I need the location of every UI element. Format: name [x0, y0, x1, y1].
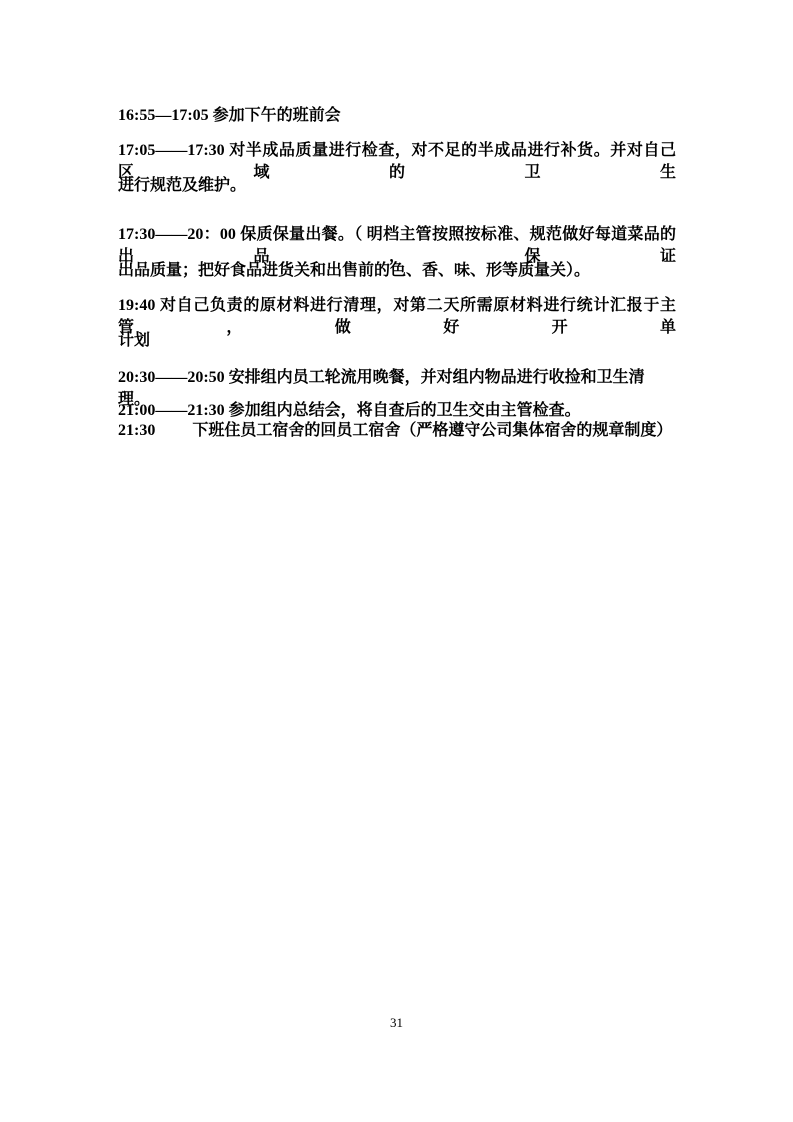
tab-spacer: [155, 434, 192, 435]
page-number: 31: [0, 1015, 793, 1031]
schedule-line-9: 21:00——21:30 参加组内总结会，将自查后的卫生交由主管检查。: [118, 400, 676, 422]
schedule-line-3: 进行规范及维护。: [118, 175, 676, 197]
schedule-line-10-time: 21:30: [118, 422, 155, 439]
schedule-line-7: 计划: [118, 330, 676, 352]
schedule-line-5: 出品质量；把好食品进货关和出售前的色、香、味、形等质量关）。: [118, 260, 676, 282]
schedule-line-1: 16:55—17:05 参加下午的班前会: [118, 105, 676, 127]
document-page: 16:55—17:05 参加下午的班前会 17:05——17:30 对半成品质量…: [0, 0, 793, 1122]
schedule-line-10: 21:30下班住员工宿舍的回员工宿舍（严格遵守公司集体宿舍的规章制度）: [118, 420, 676, 442]
schedule-line-10-text: 下班住员工宿舍的回员工宿舍（严格遵守公司集体宿舍的规章制度）: [192, 422, 672, 439]
